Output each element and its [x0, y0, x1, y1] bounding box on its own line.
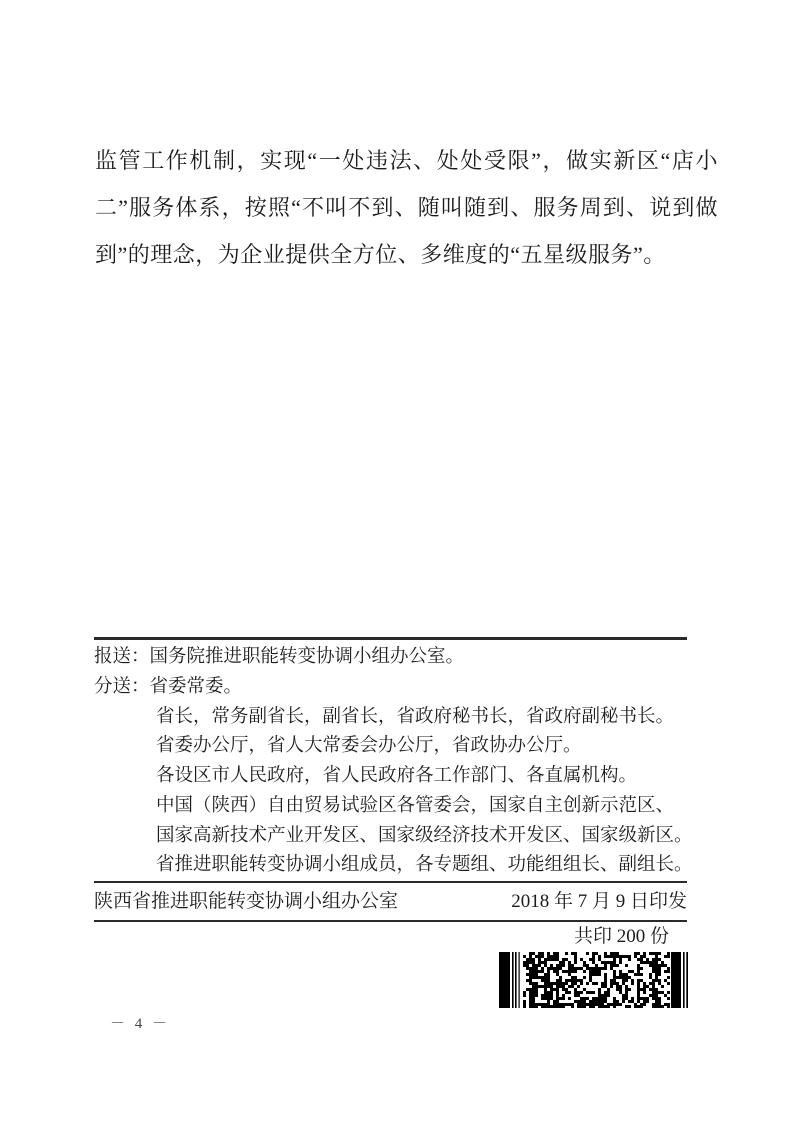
distribute-line: 各设区市人民政府，省人民政府各工作部门、各直属机构。 — [94, 762, 687, 792]
document-barcode — [499, 952, 688, 1008]
document-page: 监管工作机制，实现“一处违法、处处受限”，做实新区“店小 二”服务体系，按照“不… — [0, 0, 793, 1122]
colophon-top-rule — [94, 637, 687, 640]
distribute-line: 省推进职能转变协调小组成员，各专题组、功能组组长、副组长。 — [94, 851, 687, 881]
body-line: 监管工作机制，实现“一处违法、处处受限”，做实新区“店小 — [95, 137, 718, 184]
distribute-label: 分送： — [94, 673, 150, 703]
body-paragraph: 监管工作机制，实现“一处违法、处处受限”，做实新区“店小 二”服务体系，按照“不… — [95, 137, 718, 278]
print-date: 2018 年 7 月 9 日印发 — [511, 883, 687, 920]
report-to-row: 报送：国务院推进职能转变协调小组办公室。 — [94, 643, 687, 673]
issuer-name: 陕西省推进职能转变协调小组办公室 — [94, 883, 398, 920]
body-line: 二”服务体系，按照“不叫不到、随叫随到、服务周到、说到做 — [95, 184, 718, 231]
report-to-value: 国务院推进职能转变协调小组办公室。 — [150, 647, 465, 667]
distribute-line: 省委办公厅，省人大常委会办公厅，省政协办公厅。 — [94, 732, 687, 762]
distribute-line: 省长，常务副省长，副省长，省政府秘书长，省政府副秘书长。 — [94, 703, 687, 733]
issuer-row: 陕西省推进职能转变协调小组办公室 2018 年 7 月 9 日印发 — [94, 883, 687, 920]
body-line: 到”的理念，为企业提供全方位、多维度的“五星级服务”。 — [95, 231, 718, 278]
distribute-line: 国家高新技术产业开发区、国家级经济技术开发区、国家级新区。 — [94, 822, 687, 852]
distribution-block: 报送：国务院推进职能转变协调小组办公室。 分送：省委常委。 省长，常务副省长，副… — [94, 643, 687, 881]
print-count: 共印 200 份 — [94, 922, 687, 952]
distribute-row: 分送：省委常委。 — [94, 673, 687, 703]
page-number: － 4 － — [104, 1014, 176, 1034]
distribute-line: 中国（陕西）自由贸易试验区各管委会，国家自主创新示范区、 — [94, 792, 687, 822]
report-to-label: 报送： — [94, 643, 150, 673]
distribute-value: 省委常委。 — [150, 677, 243, 697]
